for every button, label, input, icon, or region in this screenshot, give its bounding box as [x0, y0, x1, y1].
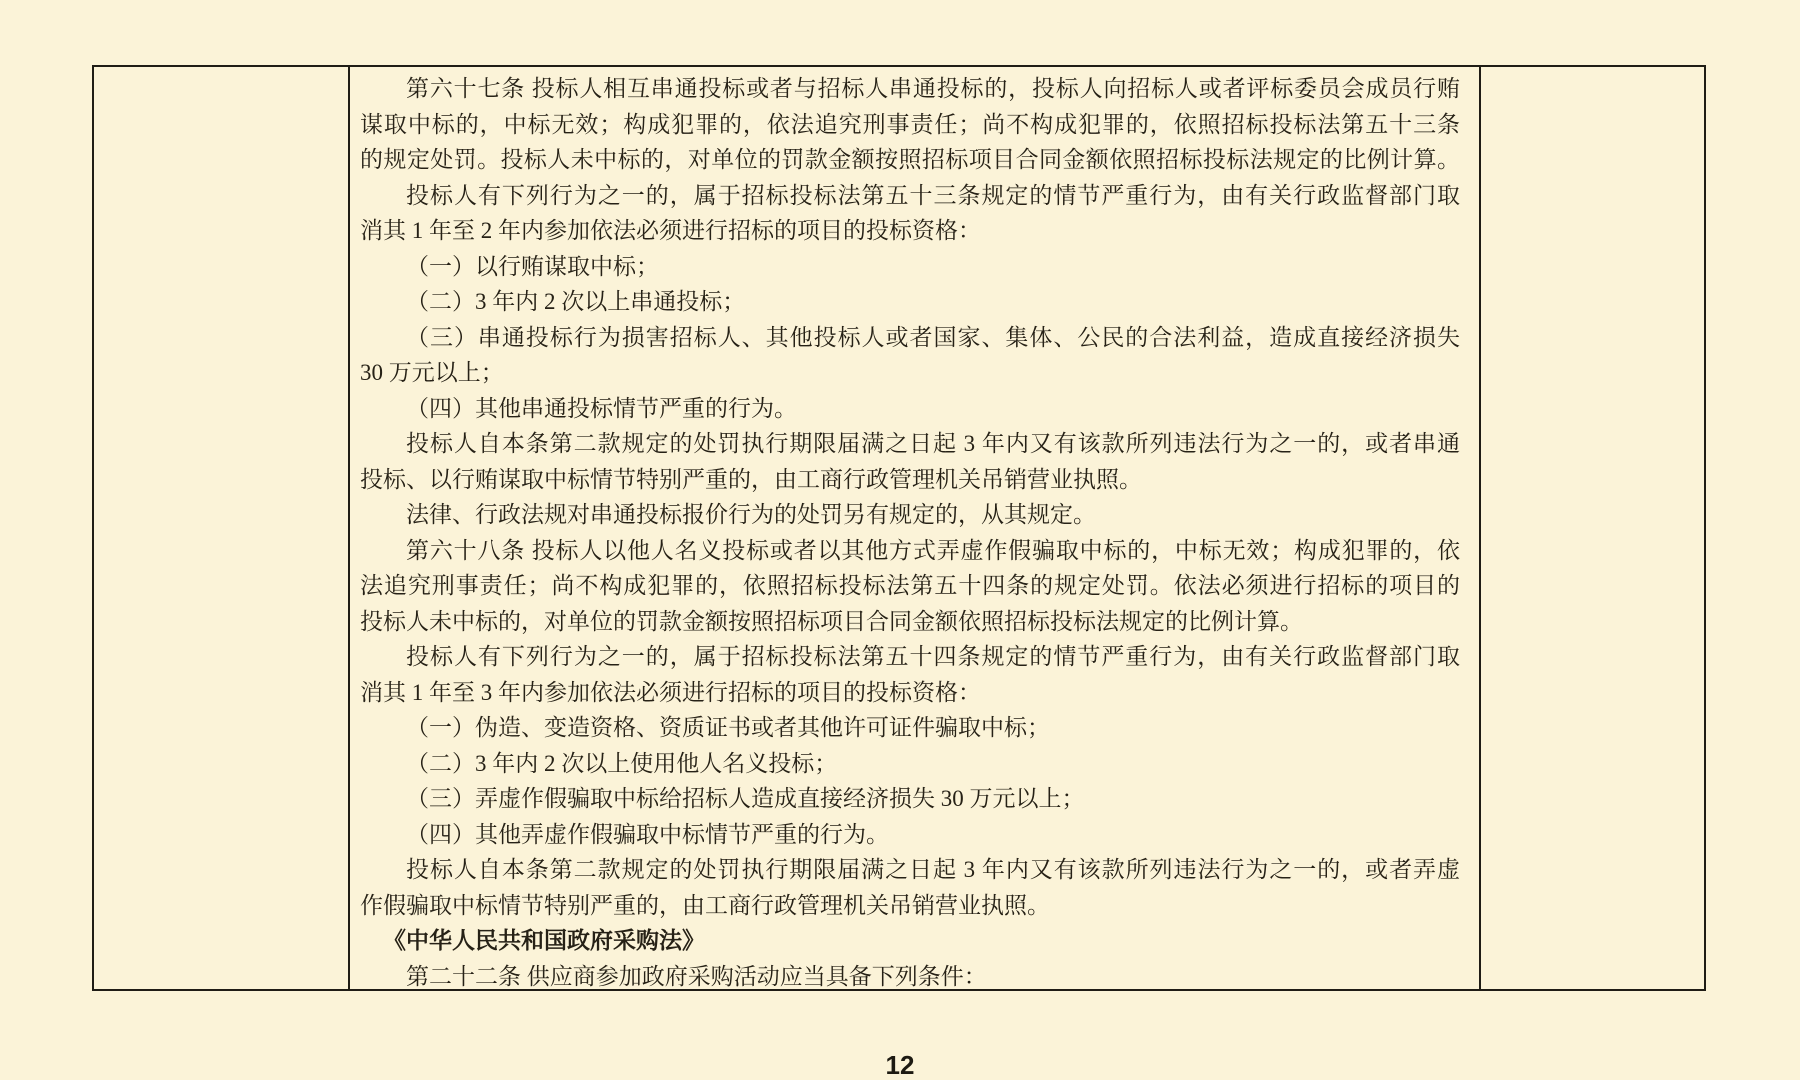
text-line: 投标、以行贿谋取中标情节特别严重的，由工商行政管理机关吊销营业执照。: [360, 462, 1460, 498]
text-line: 第六十八条 投标人以他人名义投标或者以其他方式弄虚作假骗取中标的，中标无效；构成…: [360, 533, 1460, 569]
text-line: 《中华人民共和国政府采购法》: [360, 923, 1460, 959]
text-line: 消其 1 年至 3 年内参加依法必须进行招标的项目的投标资格：: [360, 675, 1460, 711]
text-line: （四）其他串通投标情节严重的行为。: [360, 391, 1460, 427]
text-line: 第二十二条 供应商参加政府采购活动应当具备下列条件：: [360, 959, 1460, 990]
table-cell-right-empty: [1481, 67, 1704, 989]
text-line: （一）伪造、变造资格、资质证书或者其他许可证件骗取中标；: [360, 710, 1460, 746]
text-line: （二）3 年内 2 次以上使用他人名义投标；: [360, 746, 1460, 782]
text-line: （四）其他弄虚作假骗取中标情节严重的行为。: [360, 817, 1460, 853]
text-line: 作假骗取中标情节特别严重的，由工商行政管理机关吊销营业执照。: [360, 888, 1460, 924]
text-line: 投标人自本条第二款规定的处罚执行期限届满之日起 3 年内又有该款所列违法行为之一…: [360, 852, 1460, 888]
text-line: 第六十七条 投标人相互串通投标或者与招标人串通投标的，投标人向招标人或者评标委员…: [360, 71, 1460, 107]
text-line: （三）弄虚作假骗取中标给招标人造成直接经济损失 30 万元以上；: [360, 781, 1460, 817]
text-line: 投标人有下列行为之一的，属于招标投标法第五十三条规定的情节严重行为，由有关行政监…: [360, 178, 1460, 214]
legal-text-table: 第六十七条 投标人相互串通投标或者与招标人串通投标的，投标人向招标人或者评标委员…: [92, 65, 1706, 991]
table-cell-content: 第六十七条 投标人相互串通投标或者与招标人串通投标的，投标人向招标人或者评标委员…: [350, 67, 1481, 989]
document-page: { "page": { "number": "12", "background_…: [0, 0, 1800, 1080]
text-line: 法追究刑事责任；尚不构成犯罪的，依照招标投标法第五十四条的规定处罚。依法必须进行…: [360, 568, 1460, 604]
text-line: （二）3 年内 2 次以上串通投标；: [360, 284, 1460, 320]
text-line: （一）以行贿谋取中标；: [360, 249, 1460, 285]
text-line: 投标人自本条第二款规定的处罚执行期限届满之日起 3 年内又有该款所列违法行为之一…: [360, 426, 1460, 462]
text-line: 谋取中标的，中标无效；构成犯罪的，依法追究刑事责任；尚不构成犯罪的，依照招标投标…: [360, 107, 1460, 143]
content-lines: 第六十七条 投标人相互串通投标或者与招标人串通投标的，投标人向招标人或者评标委员…: [360, 71, 1460, 989]
page-number: 12: [0, 1050, 1800, 1080]
table-cell-left-empty: [94, 67, 350, 989]
text-line: 消其 1 年至 2 年内参加依法必须进行招标的项目的投标资格：: [360, 213, 1460, 249]
text-line: 投标人未中标的，对单位的罚款金额按照招标项目合同金额依照招标投标法规定的比例计算…: [360, 604, 1460, 640]
text-line: （三）串通投标行为损害招标人、其他投标人或者国家、集体、公民的合法利益，造成直接…: [360, 320, 1460, 356]
text-line: 投标人有下列行为之一的，属于招标投标法第五十四条规定的情节严重行为，由有关行政监…: [360, 639, 1460, 675]
text-line: 30 万元以上；: [360, 355, 1460, 391]
text-line: 的规定处罚。投标人未中标的，对单位的罚款金额按照招标项目合同金额依照招标投标法规…: [360, 142, 1460, 178]
text-line: 法律、行政法规对串通投标报价行为的处罚另有规定的，从其规定。: [360, 497, 1460, 533]
